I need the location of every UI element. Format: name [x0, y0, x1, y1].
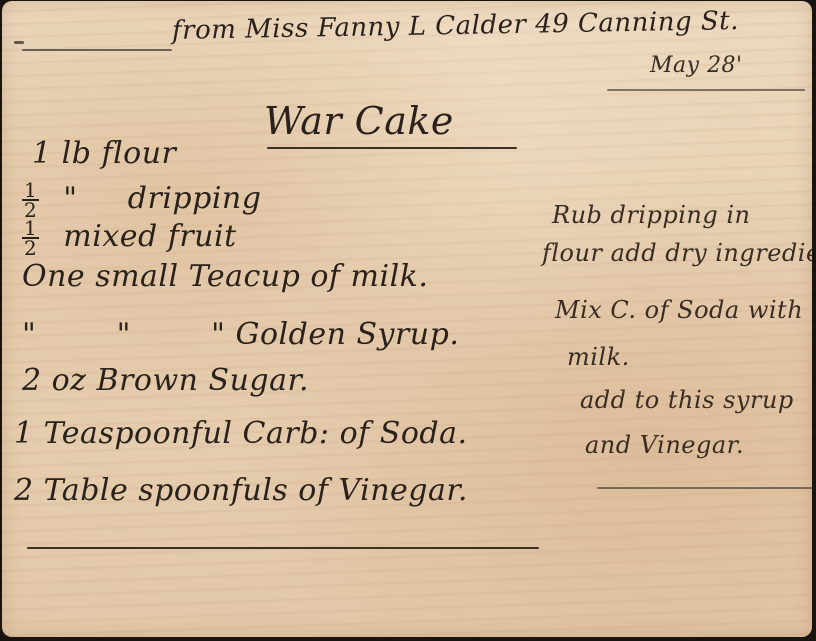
ingredient-item: 2 Table spoonfuls of Vinegar.: [14, 473, 468, 508]
ingredient-item: 1 2 mixed fruit: [22, 219, 237, 257]
fraction: 1 2: [22, 181, 39, 219]
fraction: 1 2: [22, 219, 39, 257]
ink-mark: [14, 41, 24, 44]
method-line: Mix C. of Soda with: [555, 296, 803, 324]
header-underline: [607, 89, 805, 91]
ingredient-item: One small Teacup of milk.: [22, 259, 428, 294]
ditto-mark: ": [63, 181, 77, 216]
ingredient-item: 1 Teaspoonful Carb: of Soda.: [14, 416, 468, 451]
method-line: milk.: [567, 343, 630, 371]
method-line: and Vinegar.: [585, 431, 744, 459]
ingredient-item: 1 2 " dripping: [22, 181, 261, 219]
ingredient-item: 1 lb flour: [32, 136, 176, 171]
method-line: flour add dry ingredients.: [542, 239, 812, 267]
date: May 28': [650, 53, 743, 78]
ingredient-qty: 1 lb: [32, 136, 91, 171]
ingredient-name: flour: [101, 136, 176, 171]
recipe-title: War Cake: [264, 99, 454, 143]
ingredient-item: 2 oz Brown Sugar.: [22, 363, 309, 398]
ink-dash: [22, 49, 172, 51]
ingredient-name: mixed fruit: [63, 219, 236, 254]
method-underline: [597, 487, 812, 489]
ingredient-item: " " " Golden Syrup.: [22, 317, 459, 352]
title-underline: [267, 147, 517, 149]
ingredient-name: dripping: [128, 181, 262, 216]
sender-line: from Miss Fanny L Calder 49 Canning St.: [172, 6, 739, 46]
method-line: Rub dripping in: [552, 201, 751, 229]
ingredients-underline: [27, 547, 539, 549]
recipe-card: from Miss Fanny L Calder 49 Canning St. …: [2, 1, 812, 637]
method-line: add to this syrup: [580, 386, 794, 414]
